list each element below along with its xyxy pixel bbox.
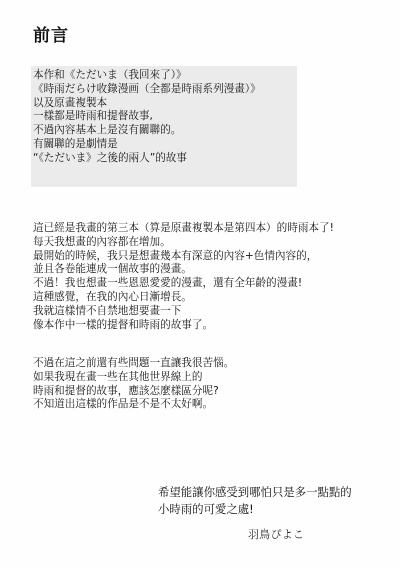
intro-line: 一樣都是時雨和提督故事, xyxy=(33,110,261,124)
intro-line: 以及原畫複製本 xyxy=(33,97,261,111)
paragraph-line: 最開始的時候，我只是想畫幾本有深意的內容+色情內容的， xyxy=(33,250,334,264)
paragraph-line: 不過！我也想畫一些恩恩愛愛的漫畫，還有全年齡的漫畫! xyxy=(33,277,334,291)
paragraph-line: 不過在這之前還有些問題一直讓我很苦惱。 xyxy=(33,357,234,371)
paragraph-line: 並且各卷能連成一個故事的漫畫。 xyxy=(33,263,334,277)
intro-line: 不過內容基本上是沒有關聯的。 xyxy=(33,124,261,138)
intro-line: 有關聯的是劇情是 xyxy=(33,138,261,152)
paragraph-2: 不過在這之前還有些問題一直讓我很苦惱。 如果我現在畫一些在其他世界線上的 時雨和… xyxy=(33,357,234,412)
paragraph-line: 這已經是我畫的第三本（算是原畫複製本是第四本）的時雨本了! xyxy=(33,222,334,236)
author-signature: 羽鳥ぴよこ xyxy=(248,528,304,542)
page-title: 前言 xyxy=(33,26,69,46)
intro-line: “《ただいま》之後的兩人”的故事 xyxy=(33,152,261,166)
closing-message: 希望能讓你感受到哪怕只是多一點點的 小時雨的可愛之處! xyxy=(158,484,352,518)
paragraph-line: 不知道出這樣的作品是不是不太好啊。 xyxy=(33,398,234,412)
paragraph-line: 每天我想畫的內容都在增加。 xyxy=(33,236,334,250)
paragraph-line: 像本作中一樣的提督和時雨的故事了。 xyxy=(33,319,334,333)
paragraph-line: 如果我現在畫一些在其他世界線上的 xyxy=(33,371,234,385)
intro-line: 《時雨だらけ收錄漫画（全都是時雨系列漫畫）》 xyxy=(33,83,261,97)
paragraph-line: 這種感覺，在我的內心日漸增長。 xyxy=(33,291,334,305)
intro-text-block: 本作和《ただいま（我回來了）》 《時雨だらけ收錄漫画（全都是時雨系列漫畫）》 以… xyxy=(33,69,261,166)
paragraph-1: 這已經是我畫的第三本（算是原畫複製本是第四本）的時雨本了! 每天我想畫的內容都在… xyxy=(33,222,334,332)
paragraph-line: 時雨和提督的故事，應該怎麼樣區分呢? xyxy=(33,385,234,399)
intro-line: 本作和《ただいま（我回來了）》 xyxy=(33,69,261,83)
closing-line: 小時雨的可愛之處! xyxy=(158,501,352,518)
closing-line: 希望能讓你感受到哪怕只是多一點點的 xyxy=(158,484,352,501)
document-page: 前言 本作和《ただいま（我回來了）》 《時雨だらけ收錄漫画（全都是時雨系列漫畫）… xyxy=(0,0,400,568)
paragraph-line: 我就這樣情不自禁地想要畫一下 xyxy=(33,305,334,319)
